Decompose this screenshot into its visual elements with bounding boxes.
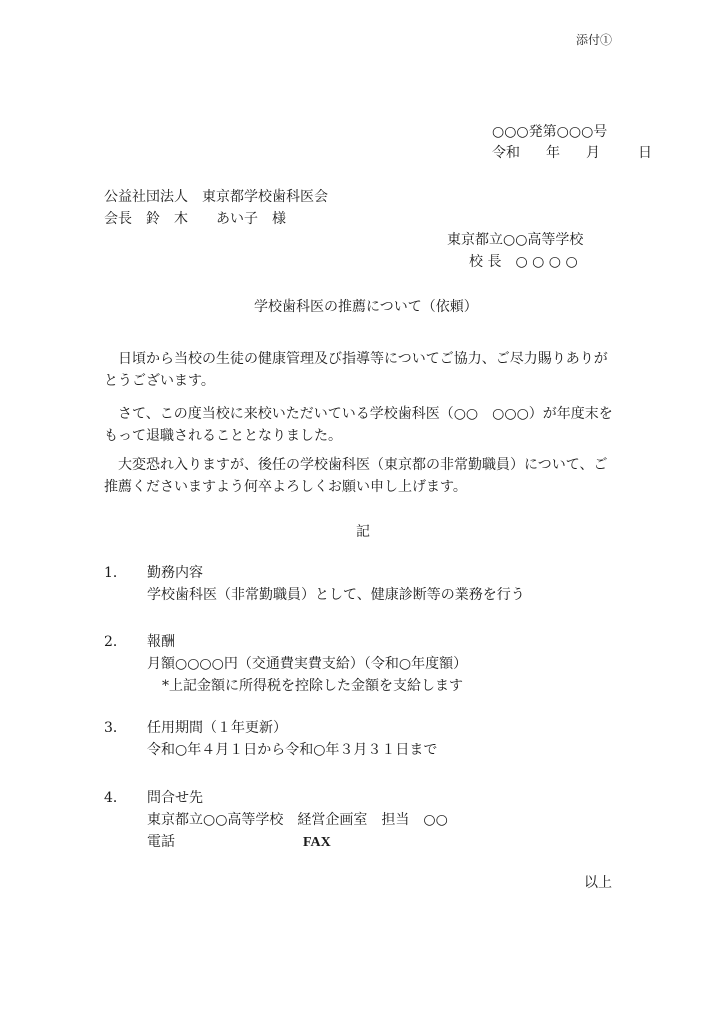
- date-era: 令和: [492, 146, 520, 160]
- item-number: 1．: [104, 562, 144, 584]
- date-month-label: 月: [586, 146, 600, 160]
- body-paragraph: さて、この度当校に来校いただいている学校歯科医（○○ ○○○）が年度末をもって退…: [104, 403, 614, 447]
- record-heading: 記: [356, 525, 370, 539]
- item-title: 報酬: [147, 631, 467, 653]
- contact-phone-fax-line: 電話FAX: [147, 831, 448, 853]
- body-paragraph: 日頃から当校の生徒の健康管理及び指導等についてご協力、ご尽力賜りありがとうござい…: [104, 348, 614, 392]
- item-title: 任用期間（１年更新）: [147, 717, 437, 739]
- recipient-organization: 公益社団法人 東京都学校歯科医会: [104, 190, 328, 204]
- recipient-title: 会長: [104, 211, 132, 227]
- recipient-honorific: 様: [272, 211, 286, 227]
- closing-text: 以上: [584, 876, 612, 890]
- body-paragraph: 大変恐れ入りますが、後任の学校歯科医（東京都の非常勤職員）について、ご推薦くださ…: [104, 454, 614, 498]
- item-number: 2．: [104, 631, 144, 653]
- sender-school: 東京都立○○高等学校: [447, 233, 583, 247]
- item-title: 勤務内容: [147, 562, 525, 584]
- recipient-name: 鈴 木 あい子: [146, 211, 258, 227]
- recipient-line: 会長鈴 木 あい子様: [104, 212, 286, 226]
- fax-label: FAX: [303, 832, 331, 854]
- document-date: 令和年月日: [492, 146, 652, 160]
- item-number: 3．: [104, 717, 144, 739]
- item-title: 問合せ先: [147, 787, 448, 809]
- phone-label: 電話: [147, 834, 175, 850]
- date-day-label: 日: [638, 146, 652, 160]
- item-number: 4．: [104, 787, 144, 809]
- item-detail: 東京都立○○高等学校 経営企画室 担当 ○○: [147, 809, 448, 831]
- sender-name: ○ ○ ○ ○: [515, 254, 577, 270]
- sender-position: 校 長: [469, 254, 501, 270]
- document-number: ○○○発第○○○号: [492, 125, 607, 139]
- item-detail: 月額○○○○円（交通費実費支給）（令和○年度額）: [147, 653, 467, 675]
- item-detail: 学校歯科医（非常勤職員）として、健康診断等の業務を行う: [147, 584, 525, 606]
- attachment-label: 添付①: [576, 34, 612, 46]
- item-note: *上記金額に所得税を控除した金額を支給します: [147, 675, 467, 697]
- item-detail: 令和○年４月１日から令和○年３月３１日まで: [147, 739, 437, 761]
- sender-principal-line: 校 長○ ○ ○ ○: [469, 255, 578, 269]
- subject-title: 学校歯科医の推薦について（依頼）: [254, 300, 478, 314]
- date-year-label: 年: [546, 146, 560, 160]
